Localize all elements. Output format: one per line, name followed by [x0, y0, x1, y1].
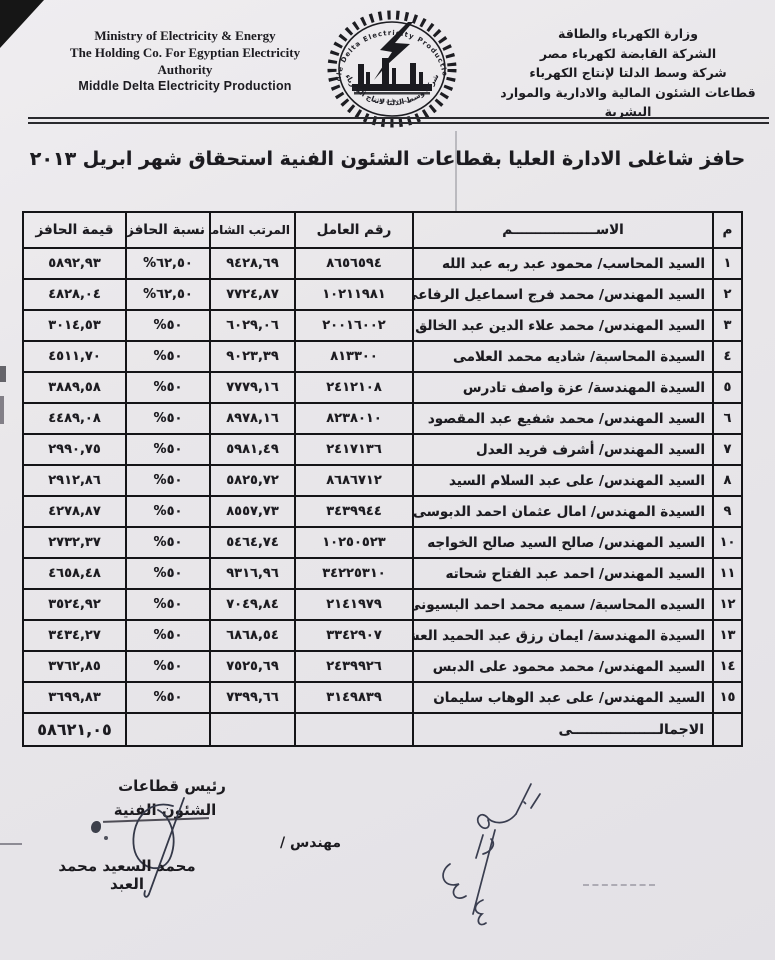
total-salary-cell: ٧٥٢٥,٦٩ — [210, 651, 295, 682]
incentive-pct-cell: %٥٠ — [126, 372, 210, 403]
serial-cell: ١٠ — [713, 527, 742, 558]
incentive-pct-cell: %٦٢,٥٠ — [126, 248, 210, 279]
table-header-row: م الاســــــــــــــــــم رقم العامل الم… — [23, 212, 742, 248]
serial-cell: ١٢ — [713, 589, 742, 620]
serial-cell: ٢ — [713, 279, 742, 310]
name-cell: السيده المحاسبة/ سميه محمد احمد البسيونى — [413, 589, 713, 620]
employee-no-cell: ٢٤٣٩٩٢٦ — [295, 651, 413, 682]
serial-cell: ٤ — [713, 341, 742, 372]
header-employee-no: رقم العامل — [295, 212, 413, 248]
ink-dot — [104, 836, 108, 840]
total-empty-cell — [295, 713, 413, 746]
employee-no-cell: ٢٤١٢١٠٨ — [295, 372, 413, 403]
name-cell: السيد المهندس/ على عبد السلام السيد — [413, 465, 713, 496]
name-cell: السيد المهندس/ على عبد الوهاب سليمان — [413, 682, 713, 713]
employee-no-cell: ٨٦٨٦٧١٢ — [295, 465, 413, 496]
incentive-pct-cell: %٥٠ — [126, 496, 210, 527]
incentive-value-cell: ٤٦٥٨,٤٨ — [23, 558, 126, 589]
incentive-pct-cell: %٦٢,٥٠ — [126, 279, 210, 310]
incentive-pct-cell: %٥٠ — [126, 527, 210, 558]
table-row: ١٠السيد المهندس/ صالح السيد صالح الخواجه… — [23, 527, 742, 558]
incentive-value-cell: ٢٧٣٢,٣٧ — [23, 527, 126, 558]
scan-edge-mark — [0, 366, 6, 382]
scan-smudge — [583, 884, 655, 887]
incentive-pct-cell: %٥٠ — [126, 310, 210, 341]
total-empty-cell — [126, 713, 210, 746]
table-row: ١١السيد المهندس/ احمد عبد الفتاح شحاته٣٤… — [23, 558, 742, 589]
total-salary-cell: ٩٤٢٨,٦٩ — [210, 248, 295, 279]
total-value-cell: ٥٨٦٢١,٠٥ — [23, 713, 126, 746]
name-cell: السيدة المحاسبة/ شاديه محمد العلامى — [413, 341, 713, 372]
name-cell: السيد المهندس/ محمد شفيع عبد المقصود — [413, 403, 713, 434]
serial-cell: ٧ — [713, 434, 742, 465]
total-salary-cell: ٧٣٩٩,٦٦ — [210, 682, 295, 713]
employee-no-cell: ٣٤٣٩٩٤٤ — [295, 496, 413, 527]
total-salary-cell: ٧٧٢٤,٨٧ — [210, 279, 295, 310]
serial-cell: ١٥ — [713, 682, 742, 713]
signer-name: محمد السعيد محمد العبد — [52, 857, 202, 893]
incentive-table: م الاســــــــــــــــــم رقم العامل الم… — [22, 211, 743, 747]
serial-cell: ٦ — [713, 403, 742, 434]
scan-corner-artifact — [0, 0, 44, 48]
employee-no-cell: ٨١٣٣٠٠ — [295, 341, 413, 372]
ink-blot — [91, 821, 101, 833]
table-row: ٧السيد المهندس/ أشرف فريد العدل٢٤١٧١٣٦٥٩… — [23, 434, 742, 465]
table-row: ٢السيد المهندس/ محمد فرج اسماعيل الرفاعى… — [23, 279, 742, 310]
header-name: الاســــــــــــــــــم — [413, 212, 713, 248]
serial-cell: ٩ — [713, 496, 742, 527]
serial-cell: ١٤ — [713, 651, 742, 682]
total-serial-cell — [713, 713, 742, 746]
name-cell: السيدة المهندسة/ عزة واصف تادرس — [413, 372, 713, 403]
total-salary-cell: ٨٥٥٧,٧٣ — [210, 496, 295, 527]
serial-cell: ١٣ — [713, 620, 742, 651]
serial-cell: ٨ — [713, 465, 742, 496]
incentive-pct-cell: %٥٠ — [126, 434, 210, 465]
incentive-pct-cell: %٥٠ — [126, 403, 210, 434]
serial-cell: ١ — [713, 248, 742, 279]
letterhead-arabic: وزارة الكهرباء والطاقة الشركة القابضة لك… — [487, 24, 769, 122]
signature-title-line1: رئيس قطاعات — [112, 777, 232, 795]
handwriting-scribble-icon — [428, 772, 578, 937]
total-salary-cell: ٩٣١٦,٩٦ — [210, 558, 295, 589]
employee-no-cell: ٨٦٥٦٥٩٤ — [295, 248, 413, 279]
letterhead-english-line: Middle Delta Electricity Production — [50, 78, 320, 95]
total-salary-cell: ٧٧٧٩,١٦ — [210, 372, 295, 403]
table-row: ٣السيد المهندس/ محمد علاء الدين عبد الخا… — [23, 310, 742, 341]
letterhead-english-line: Authority — [50, 61, 320, 78]
name-cell: السيد المهندس/ محمد فرج اسماعيل الرفاعى — [413, 279, 713, 310]
total-salary-cell: ٥٩٨١,٤٩ — [210, 434, 295, 465]
incentive-value-cell: ٣٤٣٤,٢٧ — [23, 620, 126, 651]
incentive-pct-cell: %٥٠ — [126, 682, 210, 713]
incentive-value-cell: ٣٦٩٩,٨٣ — [23, 682, 126, 713]
total-salary-cell: ٨٩٧٨,١٦ — [210, 403, 295, 434]
employee-no-cell: ٣٤٢٢٥٣١٠ — [295, 558, 413, 589]
incentive-value-cell: ٣٨٨٩,٥٨ — [23, 372, 126, 403]
scan-edge-mark — [0, 843, 22, 845]
employee-no-cell: ٢٤١٧١٣٦ — [295, 434, 413, 465]
serial-cell: ١١ — [713, 558, 742, 589]
table-row: ٦السيد المهندس/ محمد شفيع عبد المقصود٨٢٣… — [23, 403, 742, 434]
letterhead-english-line: The Holding Co. For Egyptian Electricity — [50, 44, 320, 61]
letterhead-english-line: Ministry of Electricity & Energy — [50, 27, 320, 44]
employee-no-cell: ٣٣٤٢٩٠٧ — [295, 620, 413, 651]
name-cell: السيدة المهندس/ امال عثمان احمد الدبوسى — [413, 496, 713, 527]
employee-no-cell: ١٠٢٥٠٥٢٣ — [295, 527, 413, 558]
total-empty-cell — [210, 713, 295, 746]
employee-no-cell: ٢١٤١٩٧٩ — [295, 589, 413, 620]
serial-cell: ٣ — [713, 310, 742, 341]
incentive-value-cell: ٤٨٢٨,٠٤ — [23, 279, 126, 310]
total-row: الاجمالــــــــــــــــــى ٥٨٦٢١,٠٥ — [23, 713, 742, 746]
employee-no-cell: ٨٢٣٨٠١٠ — [295, 403, 413, 434]
incentive-table-container: م الاســــــــــــــــــم رقم العامل الم… — [22, 211, 741, 747]
total-salary-cell: ٩٠٢٣,٣٩ — [210, 341, 295, 372]
incentive-value-cell: ٥٨٩٢,٩٣ — [23, 248, 126, 279]
incentive-pct-cell: %٥٠ — [126, 558, 210, 589]
document-title: حافز شاغلى الادارة العليا بقطاعات الشئون… — [0, 148, 775, 170]
incentive-pct-cell: %٥٠ — [126, 465, 210, 496]
table-row: ١٢السيده المحاسبة/ سميه محمد احمد البسيو… — [23, 589, 742, 620]
serial-cell: ٥ — [713, 372, 742, 403]
incentive-pct-cell: %٥٠ — [126, 589, 210, 620]
incentive-value-cell: ٤٢٧٨,٨٧ — [23, 496, 126, 527]
employee-no-cell: ١٠٢١١٩٨١ — [295, 279, 413, 310]
table-row: ٤السيدة المحاسبة/ شاديه محمد العلامى٨١٣٣… — [23, 341, 742, 372]
letterhead-arabic-line: قطاعات الشئون المالية والادارية والموارد… — [487, 83, 769, 122]
total-salary-cell: ٦٠٢٩,٠٦ — [210, 310, 295, 341]
total-salary-cell: ٦٨٦٨,٥٤ — [210, 620, 295, 651]
table-body: ١السيد المحاسب/ محمود عبد ربه عبد الله٨٦… — [23, 248, 742, 713]
incentive-value-cell: ٣٠١٤,٥٣ — [23, 310, 126, 341]
company-seal-logo: Middle Delta Electricity Production Co ر… — [316, 6, 468, 134]
letterhead-arabic-line: شركة وسط الدلتا لإنتاج الكهرباء — [487, 63, 769, 83]
table-row: ٩السيدة المهندس/ امال عثمان احمد الدبوسى… — [23, 496, 742, 527]
letterhead-arabic-line: الشركة القابضة لكهرباء مصر — [487, 44, 769, 64]
paper-crease — [455, 131, 457, 213]
incentive-value-cell: ٤٤٨٩,٠٨ — [23, 403, 126, 434]
incentive-value-cell: ٢٩٩٠,٧٥ — [23, 434, 126, 465]
name-cell: السيد المهندس/ احمد عبد الفتاح شحاته — [413, 558, 713, 589]
scanned-document-page: Ministry of Electricity & Energy The Hol… — [0, 0, 775, 960]
company-seal-icon: Middle Delta Electricity Production Co ر… — [316, 6, 468, 134]
letterhead-english: Ministry of Electricity & Energy The Hol… — [50, 27, 320, 95]
incentive-pct-cell: %٥٠ — [126, 651, 210, 682]
total-salary-cell: ٧٠٤٩,٨٤ — [210, 589, 295, 620]
letterhead-arabic-line: وزارة الكهرباء والطاقة — [487, 24, 769, 44]
signer-prefix: مهندس / — [280, 835, 341, 851]
header-divider — [28, 117, 769, 124]
header-incentive-pct: نسبة الحافز — [126, 212, 210, 248]
header-serial: م — [713, 212, 742, 248]
incentive-value-cell: ٣٥٢٤,٩٢ — [23, 589, 126, 620]
total-label-cell: الاجمالــــــــــــــــــى — [413, 713, 713, 746]
employee-no-cell: ٣١٤٩٨٣٩ — [295, 682, 413, 713]
table-row: ١٤السيد المهندس/ محمد محمود على الدبس٢٤٣… — [23, 651, 742, 682]
table-row: ١السيد المحاسب/ محمود عبد ربه عبد الله٨٦… — [23, 248, 742, 279]
total-salary-cell: ٥٤٦٤,٧٤ — [210, 527, 295, 558]
total-salary-cell: ٥٨٢٥,٧٢ — [210, 465, 295, 496]
incentive-value-cell: ٣٧٦٢,٨٥ — [23, 651, 126, 682]
employee-no-cell: ٢٠٠١٦٠٠٢ — [295, 310, 413, 341]
scan-edge-mark — [0, 396, 4, 424]
table-row: ٥السيدة المهندسة/ عزة واصف تادرس٢٤١٢١٠٨٧… — [23, 372, 742, 403]
name-cell: السيدة المهندسة/ ايمان رزق عبد الحميد ال… — [413, 620, 713, 651]
header-incentive-value: قيمة الحافز — [23, 212, 126, 248]
name-cell: السيد المحاسب/ محمود عبد ربه عبد الله — [413, 248, 713, 279]
table-row: ٨السيد المهندس/ على عبد السلام السيد٨٦٨٦… — [23, 465, 742, 496]
incentive-pct-cell: %٥٠ — [126, 341, 210, 372]
table-row: ١٥السيد المهندس/ على عبد الوهاب سليمان٣١… — [23, 682, 742, 713]
header-total-salary: المرتب الشامل — [210, 212, 295, 248]
name-cell: السيد المهندس/ محمد علاء الدين عبد الخال… — [413, 310, 713, 341]
name-cell: السيد المهندس/ محمد محمود على الدبس — [413, 651, 713, 682]
incentive-pct-cell: %٥٠ — [126, 620, 210, 651]
handwritten-note — [428, 772, 578, 937]
incentive-value-cell: ٤٥١١,٧٠ — [23, 341, 126, 372]
name-cell: السيد المهندس/ صالح السيد صالح الخواجه — [413, 527, 713, 558]
name-cell: السيد المهندس/ أشرف فريد العدل — [413, 434, 713, 465]
table-row: ١٣السيدة المهندسة/ ايمان رزق عبد الحميد … — [23, 620, 742, 651]
incentive-value-cell: ٢٩١٢,٨٦ — [23, 465, 126, 496]
